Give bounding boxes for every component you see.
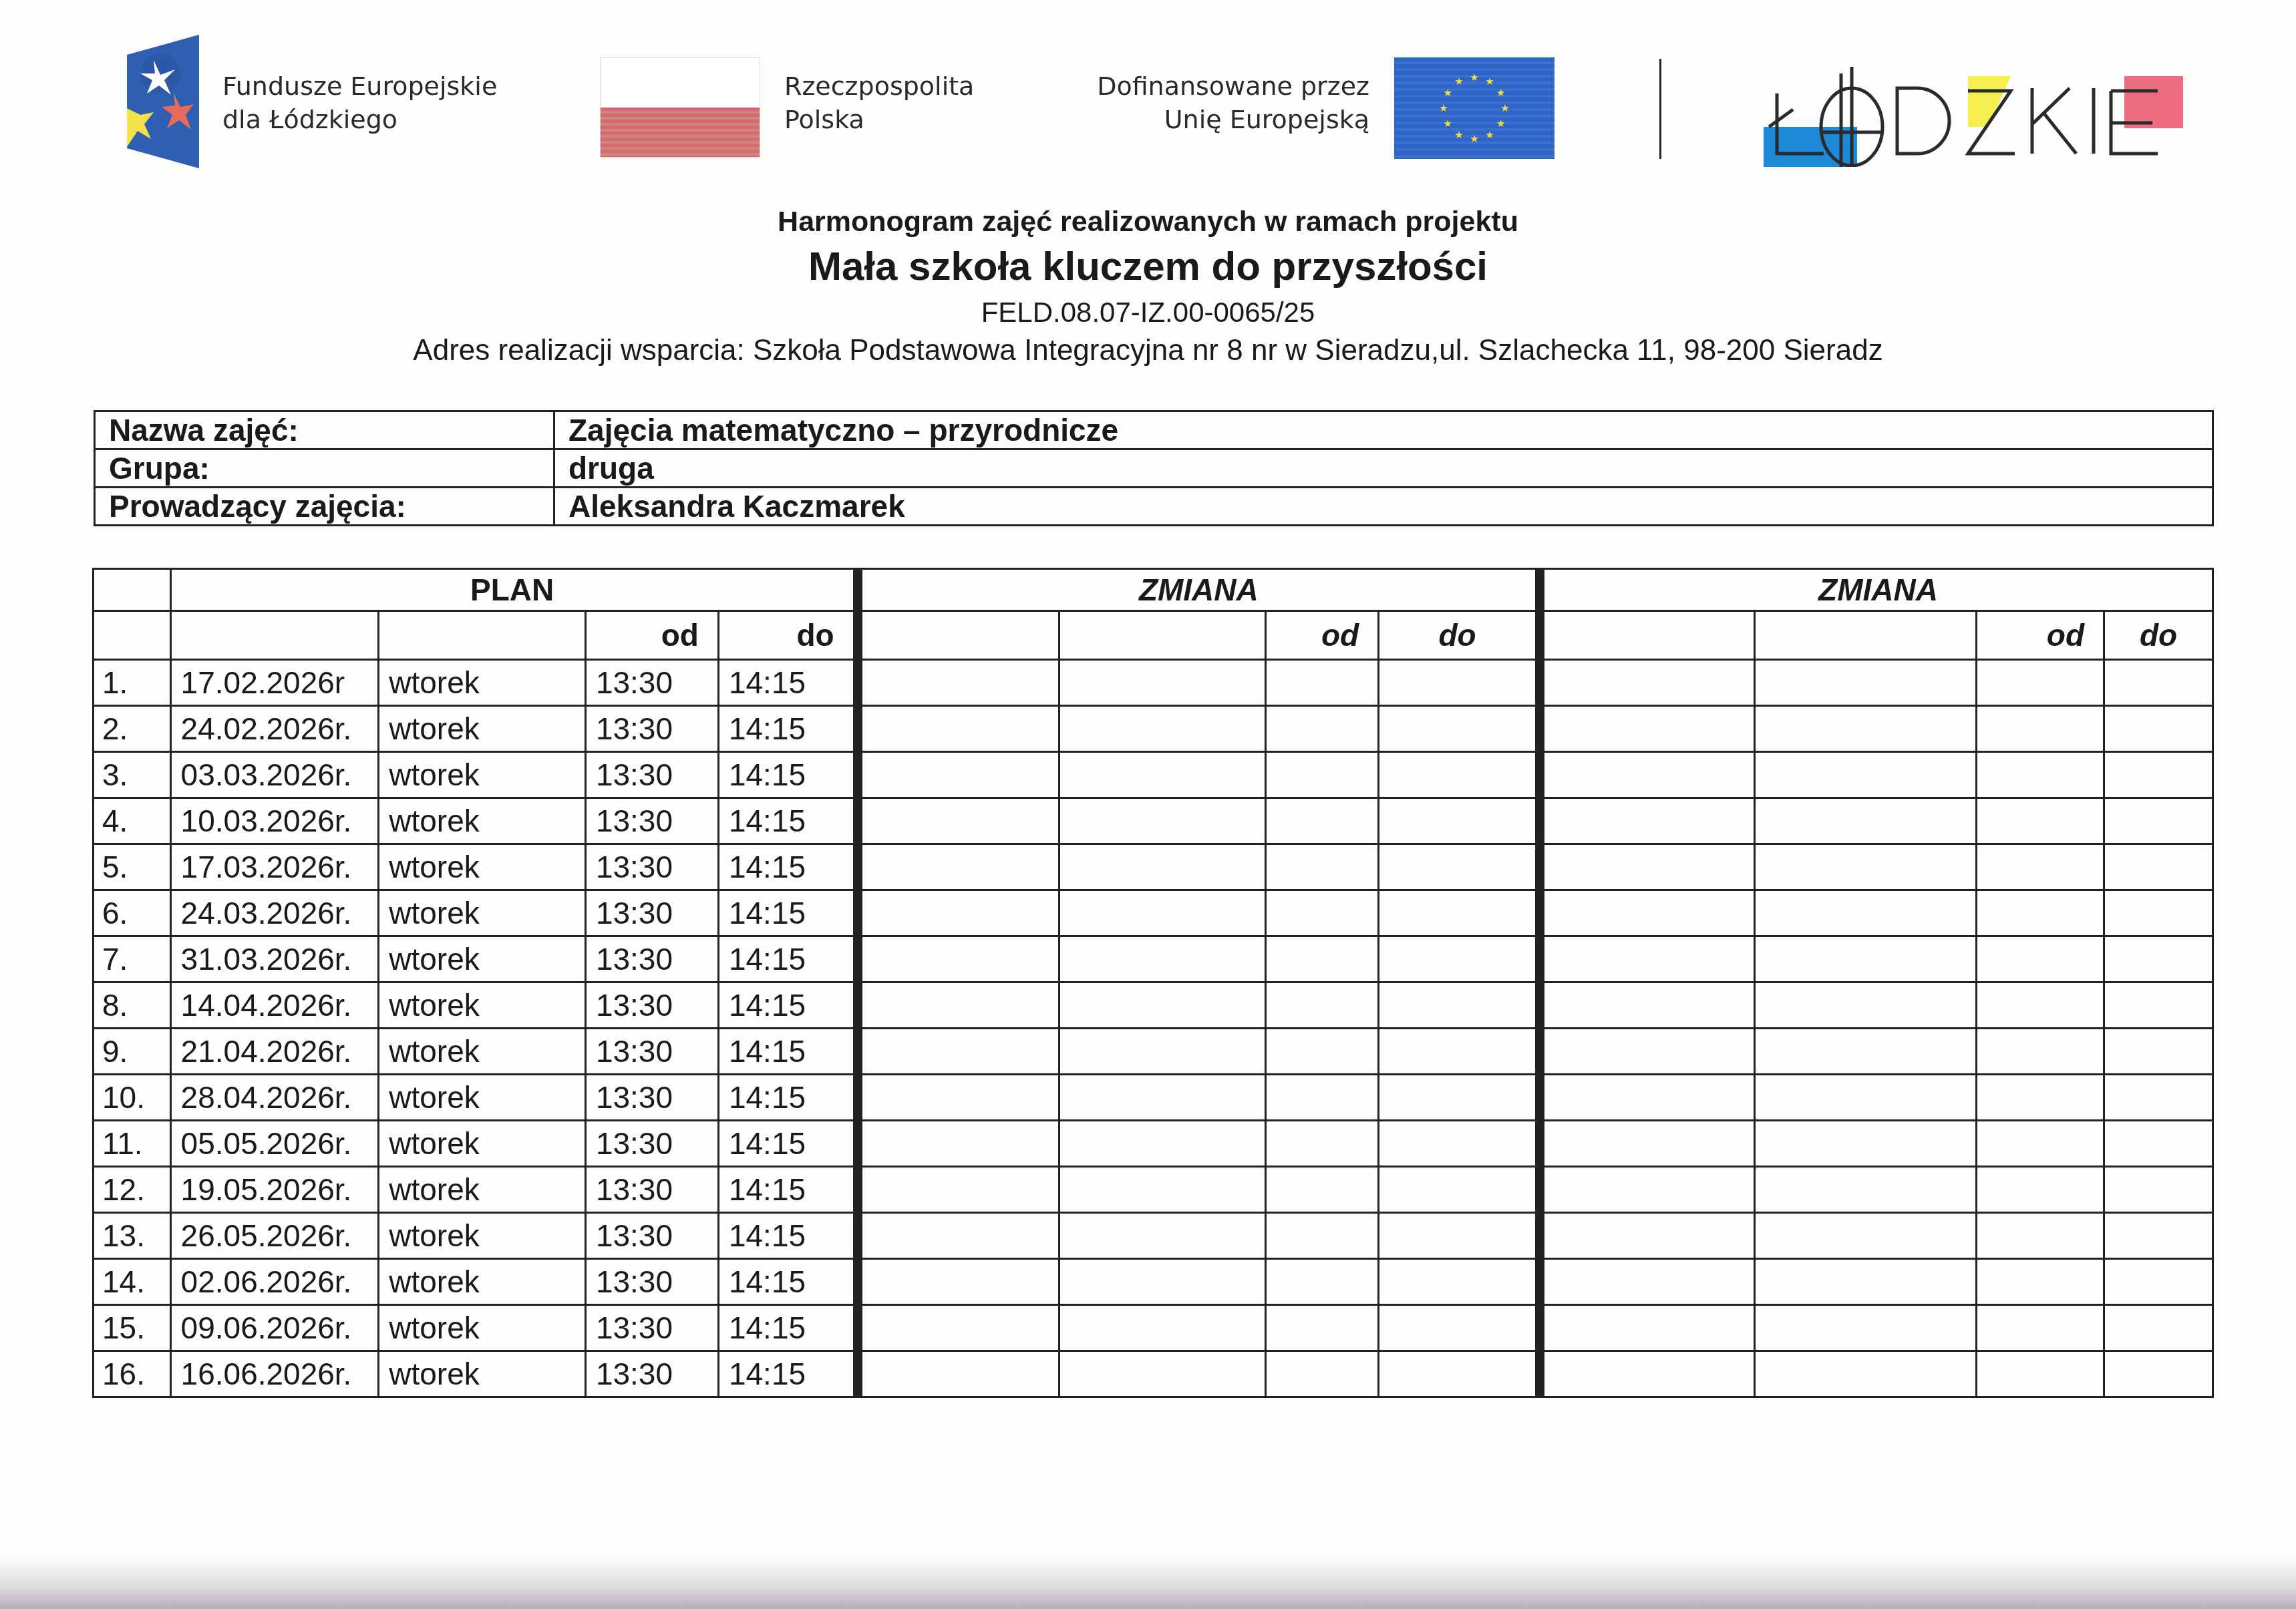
svg-text:★: ★ — [1496, 87, 1505, 99]
time-from: 13:30 — [585, 844, 718, 890]
info-label: Nazwa zajęć: — [95, 411, 554, 450]
weekday: wtorek — [379, 1075, 586, 1121]
change-cell-empty — [1976, 1075, 2104, 1121]
schedule-group-header: PLAN ZMIANA ZMIANA — [94, 569, 2213, 611]
weekday: wtorek — [379, 752, 586, 798]
fundusze-europejskie-logo-text: Fundusze Europejskie dla Łódzkiego — [222, 69, 497, 136]
support-address: Adres realizacji wsparcia: Szkoła Podsta… — [0, 334, 2296, 367]
weekday: wtorek — [379, 982, 586, 1029]
change-cell-empty — [858, 936, 1059, 982]
weekday: wtorek — [379, 1213, 586, 1259]
change-cell-empty — [1976, 1029, 2104, 1075]
svg-text:★: ★ — [1439, 103, 1448, 114]
scan-artifact — [0, 1556, 2296, 1609]
change-cell-empty — [1266, 1029, 1379, 1075]
row-number: 5. — [94, 844, 171, 890]
session-date: 21.04.2026r. — [170, 1029, 379, 1075]
change-cell-empty — [1540, 1167, 1755, 1213]
weekday: wtorek — [379, 844, 586, 890]
change-cell-empty — [1976, 752, 2104, 798]
change-cell-empty — [1976, 936, 2104, 982]
logo-rp-line1: Rzeczpospolita — [784, 69, 974, 103]
change-cell-empty — [1059, 936, 1266, 982]
row-number: 12. — [94, 1167, 171, 1213]
change-cell-empty — [858, 660, 1059, 706]
row-number: 4. — [94, 798, 171, 844]
schedule-row: 16.16.06.2026r.wtorek13:3014:15 — [94, 1351, 2213, 1397]
change2-from-header: od — [1976, 611, 2104, 660]
change-cell-empty — [1266, 890, 1379, 936]
change-cell-empty — [1266, 936, 1379, 982]
change-cell-empty — [1266, 798, 1379, 844]
time-to: 14:15 — [718, 1351, 857, 1397]
change-cell-empty — [1379, 798, 1540, 844]
svg-text:★: ★ — [1454, 130, 1463, 141]
change-cell-empty — [2104, 660, 2212, 706]
change-cell-empty — [1755, 1213, 1977, 1259]
schedule-row: 9.21.04.2026r.wtorek13:3014:15 — [94, 1029, 2213, 1075]
time-from: 13:30 — [585, 706, 718, 752]
change-cell-empty — [1379, 890, 1540, 936]
session-date: 02.06.2026r. — [170, 1259, 379, 1305]
change-cell-empty — [858, 1075, 1059, 1121]
change-cell-empty — [1755, 890, 1977, 936]
time-from: 13:30 — [585, 1075, 718, 1121]
change-cell-empty — [1540, 1351, 1755, 1397]
session-date: 17.02.2026r — [170, 660, 379, 706]
row-number: 11. — [94, 1121, 171, 1167]
logo-eu-line1: Dofinansowane przez — [1042, 69, 1369, 103]
change-cell-empty — [1379, 1305, 1540, 1351]
change-cell-empty — [1379, 982, 1540, 1029]
row-number: 8. — [94, 982, 171, 1029]
change-cell-empty — [1540, 706, 1755, 752]
weekday: wtorek — [379, 706, 586, 752]
logo-fe-line1: Fundusze Europejskie — [222, 69, 497, 103]
time-to: 14:15 — [718, 1121, 857, 1167]
row-number: 13. — [94, 1213, 171, 1259]
time-from: 13:30 — [585, 890, 718, 936]
time-from: 13:30 — [585, 798, 718, 844]
change-cell-empty — [2104, 1305, 2212, 1351]
change-cell-empty — [1755, 1351, 1977, 1397]
change-cell-empty — [1976, 1213, 2104, 1259]
polish-flag-icon — [600, 57, 760, 158]
change-cell-empty — [1059, 844, 1266, 890]
change-cell-empty — [1266, 1167, 1379, 1213]
session-date: 03.03.2026r. — [170, 752, 379, 798]
plan-header: PLAN — [170, 569, 857, 611]
change-cell-empty — [1059, 798, 1266, 844]
info-value: Aleksandra Kaczmarek — [554, 488, 2213, 526]
change-cell-empty — [1755, 1167, 1977, 1213]
change-cell-empty — [1379, 706, 1540, 752]
info-label: Grupa: — [95, 450, 554, 488]
time-to: 14:15 — [718, 660, 857, 706]
change-cell-empty — [1540, 890, 1755, 936]
plan-to-header: do — [718, 611, 857, 660]
time-to: 14:15 — [718, 890, 857, 936]
change-cell-empty — [1540, 1259, 1755, 1305]
change-cell-empty — [1379, 1075, 1540, 1121]
change-cell-empty — [2104, 1167, 2212, 1213]
session-date: 05.05.2026r. — [170, 1121, 379, 1167]
time-to: 14:15 — [718, 1075, 857, 1121]
change2-to-header: do — [2104, 611, 2212, 660]
change-cell-empty — [1059, 1029, 1266, 1075]
change-cell-empty — [1755, 1259, 1977, 1305]
info-value: Zajęcia matematyczno – przyrodnicze — [554, 411, 2213, 450]
change-cell-empty — [2104, 706, 2212, 752]
change-cell-empty — [2104, 1029, 2212, 1075]
change-cell-empty — [1266, 706, 1379, 752]
info-row-group: Grupa: druga — [95, 450, 2213, 488]
svg-text:★: ★ — [1470, 72, 1478, 83]
change-cell-empty — [1379, 752, 1540, 798]
change-cell-empty — [1540, 1213, 1755, 1259]
schedule-row: 8.14.04.2026r.wtorek13:3014:15 — [94, 982, 2213, 1029]
svg-text:★: ★ — [1470, 134, 1478, 145]
change-cell-empty — [1976, 844, 2104, 890]
change-cell-empty — [1540, 936, 1755, 982]
weekday: wtorek — [379, 1121, 586, 1167]
row-number: 9. — [94, 1029, 171, 1075]
change-cell-empty — [1755, 1121, 1977, 1167]
change-cell-empty — [1379, 660, 1540, 706]
change-cell-empty — [1059, 660, 1266, 706]
change-cell-empty — [1379, 1351, 1540, 1397]
change-cell-empty — [1755, 1029, 1977, 1075]
schedule-row: 12.19.05.2026r.wtorek13:3014:15 — [94, 1167, 2213, 1213]
change-cell-empty — [1976, 890, 2104, 936]
svg-text:★: ★ — [1485, 76, 1494, 87]
weekday: wtorek — [379, 1167, 586, 1213]
project-code: FELD.08.07-IZ.00-0065/25 — [0, 297, 2296, 329]
change-cell-empty — [1266, 1213, 1379, 1259]
lodzkie-logo-icon — [1764, 53, 2191, 167]
time-from: 13:30 — [585, 1305, 718, 1351]
row-number: 10. — [94, 1075, 171, 1121]
logo-rp-line2: Polska — [784, 103, 974, 136]
document-subtitle: Harmonogram zajęć realizowanych w ramach… — [0, 206, 2296, 238]
change-cell-empty — [2104, 1075, 2212, 1121]
change-cell-empty — [1755, 1305, 1977, 1351]
change-cell-empty — [1755, 706, 1977, 752]
time-from: 13:30 — [585, 752, 718, 798]
change-cell-empty — [2104, 798, 2212, 844]
schedule-row: 4.10.03.2026r.wtorek13:3014:15 — [94, 798, 2213, 844]
change-cell-empty — [2104, 752, 2212, 798]
time-to: 14:15 — [718, 844, 857, 890]
change-cell-empty — [1266, 1121, 1379, 1167]
change-cell-empty — [1059, 1259, 1266, 1305]
svg-text:★: ★ — [1443, 87, 1452, 99]
change-cell-empty — [1540, 1305, 1755, 1351]
session-date: 14.04.2026r. — [170, 982, 379, 1029]
class-info-table: Nazwa zajęć: Zajęcia matematyczno – przy… — [94, 410, 2214, 526]
change-cell-empty — [858, 890, 1059, 936]
session-date: 17.03.2026r. — [170, 844, 379, 890]
schedule-table: PLAN ZMIANA ZMIANA od do od do od do 1.1… — [92, 568, 2214, 1398]
change1-from-header: od — [1266, 611, 1379, 660]
time-to: 14:15 — [718, 982, 857, 1029]
session-date: 28.04.2026r. — [170, 1075, 379, 1121]
schedule-row: 15.09.06.2026r.wtorek13:3014:15 — [94, 1305, 2213, 1351]
rzeczpospolita-logo-text: Rzeczpospolita Polska — [784, 69, 974, 136]
change-cell-empty — [1059, 1167, 1266, 1213]
schedule-row: 11.05.05.2026r.wtorek13:3014:15 — [94, 1121, 2213, 1167]
change-cell-empty — [1266, 752, 1379, 798]
schedule-row: 13.26.05.2026r.wtorek13:3014:15 — [94, 1213, 2213, 1259]
schedule-row: 3.03.03.2026r.wtorek13:3014:15 — [94, 752, 2213, 798]
schedule-sub-header: od do od do od do — [94, 611, 2213, 660]
blank-header — [94, 569, 171, 611]
change-cell-empty — [1059, 706, 1266, 752]
change-cell-empty — [2104, 936, 2212, 982]
change-cell-empty — [1379, 1213, 1540, 1259]
time-to: 14:15 — [718, 752, 857, 798]
weekday: wtorek — [379, 890, 586, 936]
row-number: 14. — [94, 1259, 171, 1305]
change-cell-empty — [1379, 1259, 1540, 1305]
change-cell-empty — [858, 1259, 1059, 1305]
time-from: 13:30 — [585, 1029, 718, 1075]
change-cell-empty — [1540, 798, 1755, 844]
change-cell-empty — [2104, 1213, 2212, 1259]
time-from: 13:30 — [585, 1121, 718, 1167]
session-date: 10.03.2026r. — [170, 798, 379, 844]
change-cell-empty — [1266, 982, 1379, 1029]
change-cell-empty — [1540, 1075, 1755, 1121]
time-from: 13:30 — [585, 1213, 718, 1259]
change-cell-empty — [1976, 982, 2104, 1029]
schedule-row: 5.17.03.2026r.wtorek13:3014:15 — [94, 844, 2213, 890]
project-name: Mała szkoła kluczem do przyszłości — [0, 243, 2296, 289]
change-cell-empty — [1379, 1167, 1540, 1213]
change-cell-empty — [1755, 936, 1977, 982]
change-cell-empty — [1059, 752, 1266, 798]
time-to: 14:15 — [718, 1213, 857, 1259]
time-from: 13:30 — [585, 660, 718, 706]
session-date: 16.06.2026r. — [170, 1351, 379, 1397]
time-to: 14:15 — [718, 1029, 857, 1075]
change-cell-empty — [1540, 752, 1755, 798]
change-cell-empty — [858, 844, 1059, 890]
info-value: druga — [554, 450, 2213, 488]
session-date: 26.05.2026r. — [170, 1213, 379, 1259]
logo-eu-line2: Unię Europejską — [1042, 103, 1369, 136]
row-number: 3. — [94, 752, 171, 798]
weekday: wtorek — [379, 1305, 586, 1351]
change-cell-empty — [1976, 1121, 2104, 1167]
change-cell-empty — [1266, 1305, 1379, 1351]
logo-divider — [1659, 59, 1661, 159]
change-cell-empty — [2104, 982, 2212, 1029]
svg-text:★: ★ — [1496, 118, 1505, 130]
session-date: 09.06.2026r. — [170, 1305, 379, 1351]
change-cell-empty — [2104, 844, 2212, 890]
change-cell-empty — [858, 1213, 1059, 1259]
change-cell-empty — [1755, 844, 1977, 890]
change-header-1: ZMIANA — [858, 569, 1540, 611]
change-cell-empty — [1266, 1259, 1379, 1305]
svg-text:★: ★ — [1500, 103, 1509, 114]
time-from: 13:30 — [585, 982, 718, 1029]
change-cell-empty — [1379, 1121, 1540, 1167]
weekday: wtorek — [379, 936, 586, 982]
time-from: 13:30 — [585, 936, 718, 982]
schedule-row: 10.28.04.2026r.wtorek13:3014:15 — [94, 1075, 2213, 1121]
change-cell-empty — [1059, 1213, 1266, 1259]
svg-text:★: ★ — [1443, 118, 1452, 130]
info-label: Prowadzący zajęcia: — [95, 488, 554, 526]
schedule-row: 6.24.03.2026r.wtorek13:3014:15 — [94, 890, 2213, 936]
row-number: 6. — [94, 890, 171, 936]
change-cell-empty — [1976, 1351, 2104, 1397]
change-cell-empty — [858, 798, 1059, 844]
change-cell-empty — [858, 1029, 1059, 1075]
schedule-row: 14.02.06.2026r.wtorek13:3014:15 — [94, 1259, 2213, 1305]
row-number: 15. — [94, 1305, 171, 1351]
time-to: 14:15 — [718, 706, 857, 752]
change-cell-empty — [1266, 1351, 1379, 1397]
change-cell-empty — [858, 706, 1059, 752]
schedule-row: 1.17.02.2026rwtorek13:3014:15 — [94, 660, 2213, 706]
info-row-teacher: Prowadzący zajęcia: Aleksandra Kaczmarek — [95, 488, 2213, 526]
change-cell-empty — [1540, 1029, 1755, 1075]
schedule-row: 2.24.02.2026r.wtorek13:3014:15 — [94, 706, 2213, 752]
time-from: 13:30 — [585, 1259, 718, 1305]
change-cell-empty — [1976, 1305, 2104, 1351]
plan-from-header: od — [585, 611, 718, 660]
weekday: wtorek — [379, 1259, 586, 1305]
change-cell-empty — [1976, 706, 2104, 752]
change-cell-empty — [858, 1305, 1059, 1351]
change-cell-empty — [858, 752, 1059, 798]
time-to: 14:15 — [718, 1305, 857, 1351]
change-cell-empty — [1059, 1075, 1266, 1121]
change-cell-empty — [858, 1121, 1059, 1167]
time-from: 13:30 — [585, 1351, 718, 1397]
row-number: 1. — [94, 660, 171, 706]
change-cell-empty — [1266, 844, 1379, 890]
eu-funding-text: Dofinansowane przez Unię Europejską — [1042, 69, 1369, 136]
time-from: 13:30 — [585, 1167, 718, 1213]
change-cell-empty — [1755, 982, 1977, 1029]
time-to: 14:15 — [718, 936, 857, 982]
info-row-class-name: Nazwa zajęć: Zajęcia matematyczno – przy… — [95, 411, 2213, 450]
schedule-row: 7.31.03.2026r.wtorek13:3014:15 — [94, 936, 2213, 982]
change-cell-empty — [2104, 890, 2212, 936]
change-cell-empty — [2104, 1121, 2212, 1167]
time-to: 14:15 — [718, 1167, 857, 1213]
change-cell-empty — [1540, 1121, 1755, 1167]
change-cell-empty — [1379, 1029, 1540, 1075]
change1-to-header: do — [1379, 611, 1540, 660]
change-cell-empty — [1266, 660, 1379, 706]
session-date: 24.03.2026r. — [170, 890, 379, 936]
change-cell-empty — [2104, 1259, 2212, 1305]
weekday: wtorek — [379, 1351, 586, 1397]
change-cell-empty — [1755, 1075, 1977, 1121]
change-cell-empty — [1976, 798, 2104, 844]
row-number: 7. — [94, 936, 171, 982]
change-cell-empty — [1976, 660, 2104, 706]
change-cell-empty — [1540, 982, 1755, 1029]
change-cell-empty — [1059, 890, 1266, 936]
change-cell-empty — [858, 982, 1059, 1029]
change-cell-empty — [1755, 798, 1977, 844]
change-cell-empty — [1059, 1351, 1266, 1397]
svg-text:★: ★ — [1454, 76, 1463, 87]
time-to: 14:15 — [718, 1259, 857, 1305]
change-cell-empty — [858, 1167, 1059, 1213]
session-date: 19.05.2026r. — [170, 1167, 379, 1213]
change-cell-empty — [1379, 844, 1540, 890]
change-cell-empty — [1379, 936, 1540, 982]
fundusze-europejskie-logo-icon — [127, 35, 199, 168]
weekday: wtorek — [379, 660, 586, 706]
change-cell-empty — [2104, 1351, 2212, 1397]
time-to: 14:15 — [718, 798, 857, 844]
change-cell-empty — [1976, 1259, 2104, 1305]
weekday: wtorek — [379, 1029, 586, 1075]
change-cell-empty — [1976, 1167, 2104, 1213]
eu-flag-icon: ★★★★★★★★★★★★ — [1394, 57, 1554, 159]
change-cell-empty — [1755, 660, 1977, 706]
change-cell-empty — [1540, 660, 1755, 706]
row-number: 16. — [94, 1351, 171, 1397]
change-cell-empty — [1540, 844, 1755, 890]
change-cell-empty — [1755, 752, 1977, 798]
change-cell-empty — [1059, 1121, 1266, 1167]
svg-text:★: ★ — [1485, 130, 1494, 141]
change-cell-empty — [1059, 1305, 1266, 1351]
change-cell-empty — [858, 1351, 1059, 1397]
change-header-2: ZMIANA — [1540, 569, 2212, 611]
row-number: 2. — [94, 706, 171, 752]
session-date: 24.02.2026r. — [170, 706, 379, 752]
change-cell-empty — [1059, 982, 1266, 1029]
weekday: wtorek — [379, 798, 586, 844]
session-date: 31.03.2026r. — [170, 936, 379, 982]
change-cell-empty — [1266, 1075, 1379, 1121]
logo-fe-line2: dla Łódzkiego — [222, 103, 497, 136]
